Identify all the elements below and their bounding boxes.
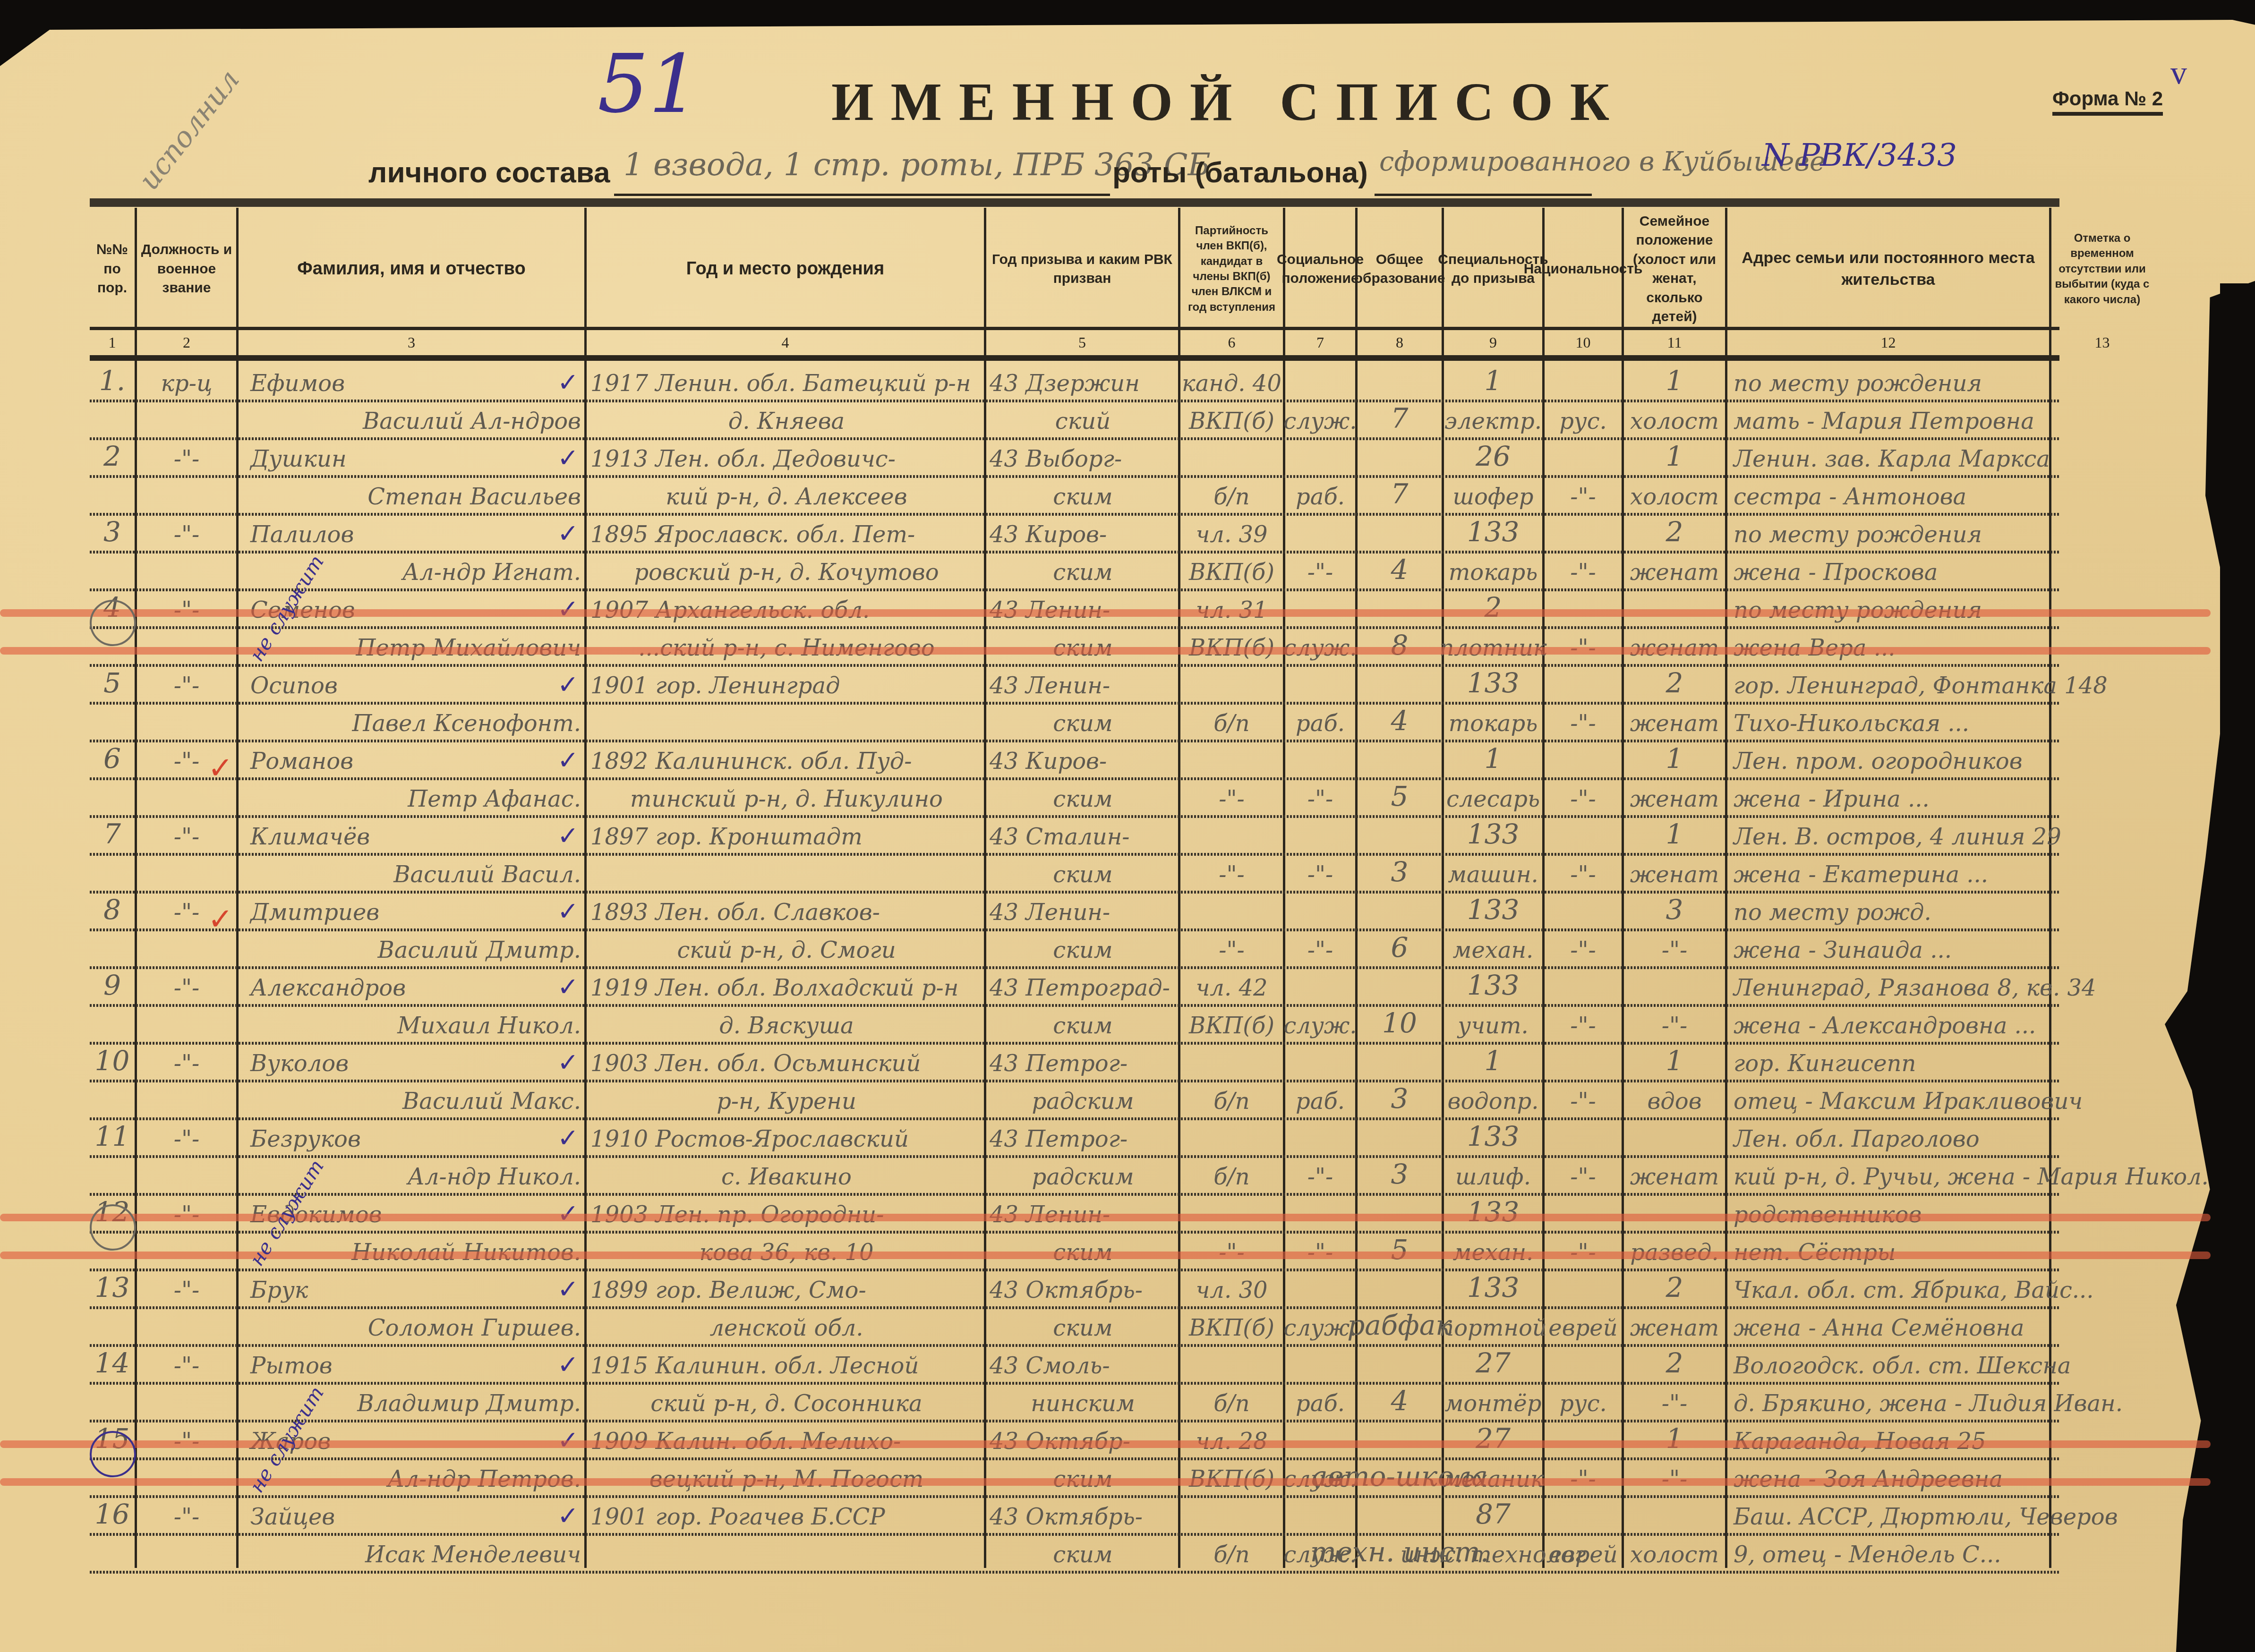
subline-separator	[90, 1004, 2059, 1007]
cell-rvk1: 43 Петроград-	[990, 971, 1176, 1001]
cell-addr2: жена - Анна Семёновна	[1734, 1311, 2206, 1341]
cell-birth1: 1919 Лен. обл. Волхадский р-н	[590, 971, 982, 1001]
cell-rvk1: 43 Петрог-	[990, 1047, 1176, 1077]
cell-nat: -"-	[1545, 480, 1621, 510]
cell-party2: -"-	[1181, 933, 1282, 963]
colnum-11: 11	[1624, 331, 1725, 354]
cell-birth2: кова 36, кв. 10	[590, 1235, 982, 1266]
cell-party2: ВКП(б)	[1181, 1311, 1282, 1341]
cell-spec1: 133	[1444, 1122, 1542, 1152]
cell-family1	[1624, 1500, 1725, 1530]
cell-given: Ал-ндр Игнат.	[331, 555, 581, 586]
subline-separator	[90, 1080, 2059, 1082]
cell-given: Исак Менделевич	[331, 1538, 581, 1568]
cell-addr1: Баш. АССР, Дюртюли, Чеверов	[1734, 1500, 2206, 1530]
cell-addr2: жена - Зоя Андреевна	[1734, 1462, 2206, 1492]
cell-edu: 7	[1358, 404, 1441, 434]
cell-family1	[1624, 1122, 1725, 1152]
verified-check-icon: ✓	[557, 896, 579, 926]
cell-spec1: 133	[1444, 518, 1542, 548]
cell-rvk2: ским	[990, 480, 1176, 510]
colnum-12: 12	[1727, 331, 2049, 354]
cell-addr1: Лен. обл. Парголово	[1734, 1122, 2206, 1152]
cell-social: служ.	[1286, 631, 1355, 661]
cell-nat: рус.	[1545, 1387, 1621, 1417]
cell-birth1: 1910 Ростов-Ярославский	[590, 1122, 982, 1152]
row-number-circle	[90, 1204, 136, 1251]
red-strikethrough	[0, 1478, 2211, 1486]
verified-check-icon: ✓	[557, 443, 579, 473]
cell-rvk1: 43 Октябрь-	[990, 1500, 1176, 1530]
cell-party2: б/п	[1181, 707, 1282, 737]
cell-social: раб.	[1286, 1084, 1355, 1115]
cell-birth2: ский р-н, д. Смоги	[590, 933, 982, 963]
verified-check-icon: ✓	[557, 367, 579, 397]
cell-rank: -"-	[137, 1424, 236, 1455]
header-col-5: Год призыва и каким РВК призван	[986, 213, 1178, 326]
cell-family1: 1	[1624, 1424, 1725, 1455]
cell-nat: -"-	[1545, 933, 1621, 963]
cell-given: Ал-ндр Никол.	[331, 1160, 581, 1190]
cell-addr1: гор. Кингисепп	[1734, 1047, 2206, 1077]
cell-spec2: монтёр	[1444, 1387, 1542, 1417]
cell-n: 13	[90, 1273, 135, 1303]
cell-spec2: портной	[1444, 1311, 1542, 1341]
header-col-13: Отметка о временном отсутствии или выбыт…	[2051, 213, 2153, 326]
cell-family1: 2	[1624, 1273, 1725, 1303]
cell-party1: чл. 28	[1181, 1424, 1282, 1455]
cell-nat: -"-	[1545, 555, 1621, 586]
cell-n: 10	[90, 1047, 135, 1077]
cell-given: Владимир Дмитр.	[331, 1387, 581, 1417]
cell-edu: 8	[1358, 631, 1441, 661]
cell-spec2: водопр.	[1444, 1084, 1542, 1115]
row-separator	[90, 1344, 2059, 1347]
cell-spec1: 133	[1444, 1273, 1542, 1303]
cell-spec2: инж. технолог	[1444, 1538, 1542, 1568]
cell-family1: 2	[1624, 669, 1725, 699]
subline-separator	[90, 400, 2059, 402]
cell-party1	[1181, 1349, 1282, 1379]
cell-n: 1.	[90, 366, 135, 397]
cell-family2: женат	[1624, 555, 1725, 586]
cell-edu: 3	[1358, 1160, 1441, 1190]
cell-party2: ВКП(б)	[1181, 1009, 1282, 1039]
cell-family1	[1624, 593, 1725, 623]
cell-social: -"-	[1286, 858, 1355, 888]
cell-rvk1: 43 Сталин-	[990, 820, 1176, 850]
cell-addr1: Ленин. зав. Карла Маркса	[1734, 442, 2206, 472]
cell-birth2: ский р-н, д. Сосонника	[590, 1387, 982, 1417]
cell-rvk2: ским	[990, 1009, 1176, 1039]
row-separator	[90, 1420, 2059, 1422]
cell-spec2: токарь	[1444, 555, 1542, 586]
cell-addr1: по месту рожд.	[1734, 895, 2206, 926]
red-check-icon: ✓	[208, 902, 233, 937]
red-strikethrough	[0, 609, 2211, 617]
row-separator	[90, 1571, 2059, 1574]
cell-rank: -"-	[137, 669, 236, 699]
verified-check-icon: ✓	[557, 1501, 579, 1531]
cell-addr1: Ленинград, Рязанова 8, кв. 34	[1734, 971, 2206, 1001]
cell-birth1: 1903 Лен. пр. Огородни-	[590, 1198, 982, 1228]
verified-check-icon: ✓	[557, 1274, 579, 1304]
cell-family1: 1	[1624, 744, 1725, 775]
cell-family2: женат	[1624, 782, 1725, 812]
verified-check-icon: ✓	[557, 1350, 579, 1380]
row-number-circle	[90, 1431, 136, 1477]
cell-n: 2	[90, 442, 135, 472]
colnum-8: 8	[1358, 331, 1442, 354]
row-number-circle	[90, 600, 136, 646]
cell-party1	[1181, 1198, 1282, 1228]
cell-party2: -"-	[1181, 858, 1282, 888]
row-separator	[90, 664, 2059, 667]
cell-surname: Брук	[250, 1273, 581, 1303]
cell-surname: Вуколов	[250, 1047, 581, 1077]
cell-family2: -"-	[1624, 933, 1725, 963]
cell-rank: кр-ц	[137, 366, 236, 397]
cell-party2: б/п	[1181, 480, 1282, 510]
cell-social: -"-	[1286, 782, 1355, 812]
cell-spec1: 1	[1444, 744, 1542, 775]
subline-separator	[90, 928, 2059, 931]
cell-nat: -"-	[1545, 858, 1621, 888]
subline-separator	[90, 1155, 2059, 1158]
cell-given: Павел Ксенофонт.	[331, 707, 581, 737]
cell-birth2: ровский р-н, д. Кочутово	[590, 555, 982, 586]
cell-surname: Душкин	[250, 442, 581, 472]
cell-given: Василий Васил.	[331, 858, 581, 888]
cell-rvk2: ским	[990, 1462, 1176, 1492]
cell-family2: женат	[1624, 707, 1725, 737]
cell-family2: -"-	[1624, 1462, 1725, 1492]
cell-addr1: Чкал. обл. ст. Ябрика, Вайс...	[1734, 1273, 2206, 1303]
cell-addr2: сестра - Антонова	[1734, 480, 2206, 510]
cell-addr2: отец - Максим Иракливович	[1734, 1084, 2206, 1115]
cell-edu: рабфак	[1358, 1311, 1441, 1341]
cell-addr1: родственников	[1734, 1198, 2206, 1228]
cell-addr2: жена - Ирина ...	[1734, 782, 2206, 812]
cell-spec2: машин.	[1444, 858, 1542, 888]
cell-social: раб.	[1286, 707, 1355, 737]
cell-spec1: 133	[1444, 971, 1542, 1001]
cell-spec1: 1	[1444, 1047, 1542, 1077]
colnum-4: 4	[587, 331, 984, 354]
cell-social: -"-	[1286, 555, 1355, 586]
row-separator	[90, 1495, 2059, 1498]
cell-party1	[1181, 744, 1282, 775]
cell-rvk2: радским	[990, 1084, 1176, 1115]
subline-separator	[90, 1306, 2059, 1309]
cell-nat: -"-	[1545, 1235, 1621, 1266]
cell-nat: -"-	[1545, 1009, 1621, 1039]
cell-rank: -"-	[137, 1047, 236, 1077]
cell-birth1: 1907 Архангельск. обл.	[590, 593, 982, 623]
subline-separator	[90, 1231, 2059, 1234]
cell-rvk1: 43 Смоль-	[990, 1349, 1176, 1379]
cell-birth1: 1909 Калин. обл. Мелихо-	[590, 1424, 982, 1455]
cell-spec2: механик	[1444, 1462, 1542, 1492]
cell-rvk1: 43 Ленин-	[990, 593, 1176, 623]
cell-rank: -"-	[137, 1273, 236, 1303]
cell-party1: чл. 30	[1181, 1273, 1282, 1303]
cell-addr1: гор. Ленинград, Фонтанка 148	[1734, 669, 2206, 699]
cell-surname: Климачёв	[250, 820, 581, 850]
cell-nat: -"-	[1545, 1084, 1621, 1115]
header-col-3: Фамилия, имя и отчество	[239, 213, 584, 326]
cell-addr2: жена - Проскова	[1734, 555, 2206, 586]
cell-edu: 5	[1358, 1235, 1441, 1266]
cell-family1: 2	[1624, 518, 1725, 548]
cell-family2: женат	[1624, 1160, 1725, 1190]
cell-spec2: слесарь	[1444, 782, 1542, 812]
cell-family1: 1	[1624, 1047, 1725, 1077]
cell-rank: -"-	[137, 971, 236, 1001]
cell-birth2: с. Ивакино	[590, 1160, 982, 1190]
colnum-7: 7	[1285, 331, 1355, 354]
cell-spec2: шофер	[1444, 480, 1542, 510]
cell-surname: Зайцев	[250, 1500, 581, 1530]
cell-family1: 1	[1624, 442, 1725, 472]
cell-birth1: 1917 Ленин. обл. Батецкий р-н	[590, 366, 982, 397]
cell-birth2: д. Вяскуша	[590, 1009, 982, 1039]
cell-family1	[1624, 971, 1725, 1001]
cell-social: служ.	[1286, 1311, 1355, 1341]
cell-rvk1: 43 Ленин-	[990, 895, 1176, 926]
cell-party2: б/п	[1181, 1084, 1282, 1115]
cell-party2: б/п	[1181, 1387, 1282, 1417]
row-separator	[90, 1269, 2059, 1271]
header-col-10: Национальность	[1545, 213, 1622, 326]
cell-edu: 3	[1358, 858, 1441, 888]
cell-spec1: 27	[1444, 1424, 1542, 1455]
header-col-2: Должность и военное звание	[137, 213, 236, 326]
cell-addr2: жена - Александровна ...	[1734, 1009, 2206, 1039]
cell-family2: холост	[1624, 1538, 1725, 1568]
row-separator	[90, 815, 2059, 818]
cell-nat: -"-	[1545, 1462, 1621, 1492]
row-separator	[90, 1193, 2059, 1196]
cell-spec1: 2	[1444, 593, 1542, 623]
cell-rvk1: 43 Киров-	[990, 744, 1176, 775]
cell-edu: 4	[1358, 707, 1441, 737]
cell-edu: 6	[1358, 933, 1441, 963]
cell-birth2	[590, 1538, 982, 1568]
cell-edu: 7	[1358, 480, 1441, 510]
row-separator	[90, 588, 2059, 591]
subline-separator	[90, 1457, 2059, 1460]
cell-rvk2: ским	[990, 858, 1176, 888]
cell-birth2: кий р-н, д. Алексеев	[590, 480, 982, 510]
cell-social: раб.	[1286, 480, 1355, 510]
cell-addr1: Вологодск. обл. ст. Шексна	[1734, 1349, 2206, 1379]
row-separator	[90, 437, 2059, 440]
cell-party1: чл. 31	[1181, 593, 1282, 623]
cell-rank: -"-	[137, 1349, 236, 1379]
cell-edu: 3	[1358, 1084, 1441, 1115]
cell-spec2: плотник	[1444, 631, 1542, 661]
colnum-1: 1	[90, 331, 135, 354]
cell-n: 11	[90, 1122, 135, 1152]
cell-addr1: Лен. В. остров, 4 линия 29	[1734, 820, 2206, 850]
verified-check-icon: ✓	[557, 1123, 579, 1153]
cell-spec2: токарь	[1444, 707, 1542, 737]
subline-separator	[90, 853, 2059, 856]
cell-rvk1: 43 Петрог-	[990, 1122, 1176, 1152]
cell-spec1: 1	[1444, 366, 1542, 397]
cell-birth2: р-н, Курени	[590, 1084, 982, 1115]
cell-birth1: 1913 Лен. обл. Дедовичс-	[590, 442, 982, 472]
cell-rvk1: 43 Октябрь-	[990, 1273, 1176, 1303]
cell-n: 14	[90, 1349, 135, 1379]
cell-family2: -"-	[1624, 1009, 1725, 1039]
cell-spec2: учит.	[1444, 1009, 1542, 1039]
cell-family2: вдов	[1624, 1084, 1725, 1115]
cell-given: Василий Ал-ндров	[331, 404, 581, 434]
cell-spec1: 133	[1444, 895, 1542, 926]
cell-rank: -"-	[137, 442, 236, 472]
cell-spec1: 87	[1444, 1500, 1542, 1530]
cell-party1: чл. 39	[1181, 518, 1282, 548]
cell-addr1: Караганда, Новая 25	[1734, 1424, 2206, 1455]
colnum-13: 13	[2051, 331, 2153, 354]
cell-nat: -"-	[1545, 1160, 1621, 1190]
cell-family2: -"-	[1624, 1387, 1725, 1417]
cell-party1	[1181, 820, 1282, 850]
red-check-icon: ✓	[208, 751, 233, 786]
cell-spec1: 133	[1444, 669, 1542, 699]
cell-addr2: жена - Екатерина ...	[1734, 858, 2206, 888]
cell-party2: ВКП(б)	[1181, 555, 1282, 586]
colnum-9: 9	[1444, 331, 1542, 354]
header-col-6: Партийность член ВКП(б), кандидат в член…	[1180, 213, 1283, 326]
cell-party2: -"-	[1181, 782, 1282, 812]
cell-family1: 2	[1624, 1349, 1725, 1379]
cell-social: раб.	[1286, 1387, 1355, 1417]
red-strikethrough	[0, 1252, 2211, 1259]
cell-addr1: по месту рождения	[1734, 518, 2206, 548]
subline-separator	[90, 1533, 2059, 1536]
cell-rank: -"-	[137, 820, 236, 850]
subline-separator	[90, 1382, 2059, 1385]
cell-party2: б/п	[1181, 1160, 1282, 1190]
cell-social: -"-	[1286, 933, 1355, 963]
cell-rvk2: ским	[990, 782, 1176, 812]
header-col-8: Общее образование	[1358, 213, 1442, 326]
row-separator	[90, 1042, 2059, 1045]
cell-family2: женат	[1624, 631, 1725, 661]
cell-rvk1: 43 Ленин-	[990, 1198, 1176, 1228]
cell-rank: -"-	[137, 1122, 236, 1152]
cell-addr1: Лен. пром. огородников	[1734, 744, 2206, 775]
cell-n: 5	[90, 669, 135, 699]
cell-edu: 4	[1358, 1387, 1441, 1417]
cell-birth1: 1901 гор. Рогачев Б.ССР	[590, 1500, 982, 1530]
red-strikethrough	[0, 647, 2211, 655]
cell-nat: рус.	[1545, 404, 1621, 434]
cell-birth1: 1901 гор. Ленинград	[590, 669, 982, 699]
verified-check-icon: ✓	[557, 821, 579, 851]
cell-party1: канд. 40	[1181, 366, 1282, 397]
cell-birth1: 1915 Калинин. обл. Лесной	[590, 1349, 982, 1379]
cell-party1	[1181, 1122, 1282, 1152]
verified-check-icon: ✓	[557, 1047, 579, 1077]
cell-birth2	[590, 707, 982, 737]
cell-addr1: по месту рождения	[1734, 593, 2206, 623]
header-col-11: Семейное положение (холост или женат, ск…	[1624, 213, 1725, 326]
subline-separator	[90, 777, 2059, 780]
cell-party2: ВКП(б)	[1181, 1462, 1282, 1492]
cell-birth1: 1893 Лен. обл. Славков-	[590, 895, 982, 926]
cell-birth1: 1895 Ярославск. обл. Пет-	[590, 518, 982, 548]
cell-birth1: 1892 Калининск. обл. Пуд-	[590, 744, 982, 775]
cell-surname: Александров	[250, 971, 581, 1001]
cell-given: Петр Михайлович	[331, 631, 581, 661]
cell-n: 16	[90, 1500, 135, 1530]
header-bottom-rule	[90, 327, 2059, 330]
cell-rvk2: ским	[990, 707, 1176, 737]
cell-rank: -"-	[137, 518, 236, 548]
cell-addr2: нет. Сёстры	[1734, 1235, 2206, 1266]
cell-family2: женат	[1624, 858, 1725, 888]
cell-rvk2: ским	[990, 1538, 1176, 1568]
cell-addr2: мать - Мария Петровна	[1734, 404, 2206, 434]
cell-n: 9	[90, 971, 135, 1001]
cell-family2: холост	[1624, 404, 1725, 434]
cell-edu: 5	[1358, 782, 1441, 812]
red-strikethrough	[0, 1214, 2211, 1221]
header-col-7: Социальное положение	[1285, 213, 1355, 326]
cell-rvk2: радским	[990, 1160, 1176, 1190]
cell-birth2: ...ский р-н, с. Нименгово	[590, 631, 982, 661]
cell-n: 8	[90, 895, 135, 926]
cell-birth2: тинский р-н, д. Никулино	[590, 782, 982, 812]
cell-rvk1: 43 Киров-	[990, 518, 1176, 548]
cell-social: служ.	[1286, 404, 1355, 434]
cell-party1	[1181, 1047, 1282, 1077]
cell-surname: Безруков	[250, 1122, 581, 1152]
colnum-5: 5	[986, 331, 1178, 354]
cell-party2: ВКП(б)	[1181, 631, 1282, 661]
red-strikethrough	[0, 1440, 2211, 1448]
cell-addr2: Тихо-Никольская ...	[1734, 707, 2206, 737]
cell-spec2: механ.	[1444, 933, 1542, 963]
cell-edu: авто-школа	[1358, 1462, 1441, 1492]
cell-rank: -"-	[137, 1500, 236, 1530]
cell-rvk2: ский	[990, 404, 1176, 434]
header-col-1: №№ по пор.	[90, 213, 135, 326]
cell-n: 6	[90, 744, 135, 775]
cell-nat: -"-	[1545, 631, 1621, 661]
cell-birth2	[590, 858, 982, 888]
cell-addr2: жена - Зинаида ...	[1734, 933, 2206, 963]
cell-spec1: 27	[1444, 1349, 1542, 1379]
cell-spec2: шлиф.	[1444, 1160, 1542, 1190]
cell-addr2: жена Вера ...	[1734, 631, 2206, 661]
cell-spec1: 133	[1444, 1198, 1542, 1228]
cell-family2: холост	[1624, 480, 1725, 510]
cell-given: Василий Макс.	[331, 1084, 581, 1115]
cell-given: Соломон Гиршев.	[331, 1311, 581, 1341]
cell-party1: чл. 42	[1181, 971, 1282, 1001]
cell-rvk2: ским	[990, 1235, 1176, 1266]
cell-rvk2: ским	[990, 555, 1176, 586]
cell-n: 7	[90, 820, 135, 850]
cell-rvk1: 43 Дзержин	[990, 366, 1176, 397]
subline-separator	[90, 551, 2059, 554]
verified-check-icon: ✓	[557, 745, 579, 775]
